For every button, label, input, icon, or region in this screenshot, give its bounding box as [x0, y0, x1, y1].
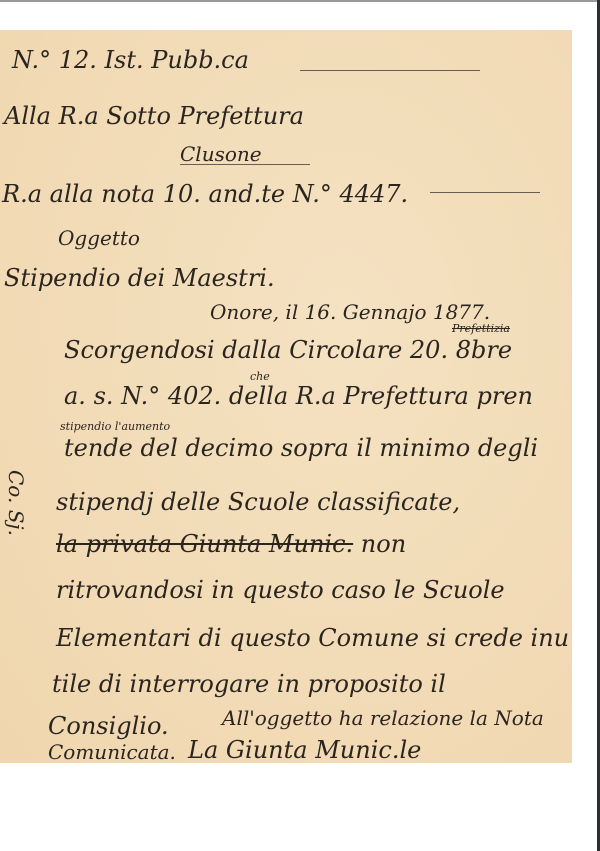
body-line-7: Elementari di questo Comune si crede inu	[56, 624, 569, 652]
scan-top-edge	[0, 0, 600, 2]
subject: Stipendio dei Maestri.	[4, 264, 275, 292]
body-line-6: ritrovandosi in questo caso le Scuole	[56, 576, 505, 604]
body-line-2: a. s. N.° 402. della R.a Prefettura pren	[64, 382, 533, 410]
margin-note: Co. Sj.	[4, 470, 28, 536]
body-line-5-rest: non	[361, 530, 406, 558]
destination-place: Clusone	[180, 142, 262, 166]
flourish-line	[180, 164, 310, 165]
flourish-line	[300, 70, 480, 71]
body-line-10: Comunicata.	[48, 740, 176, 764]
body-line-9b: All'oggetto ha relazione la Nota	[222, 706, 544, 730]
body-line-9a: Consiglio.	[48, 712, 169, 740]
body-line-4: stipendj delle Scuole classificate,	[56, 488, 460, 516]
insert-above-3: stipendio l'aumento	[60, 420, 170, 433]
signature: La Giunta Munic.le	[188, 736, 421, 764]
body-line-5: la privata Giunta Munic. non	[56, 530, 406, 558]
flourish-line	[430, 192, 540, 193]
correction-above: Prefettizia	[452, 322, 510, 335]
place-date: Onore, il 16. Gennajo 1877.	[210, 300, 490, 324]
subject-label: Oggetto	[58, 226, 140, 250]
body-line-1: Scorgendosi dalla Circolare 20. 8bre	[64, 336, 512, 364]
body-line-8: tile di interrogare in proposito il	[52, 670, 446, 698]
struck-text: la privata Giunta Munic.	[56, 530, 353, 558]
document-page: N.° 12. Ist. Pubb.ca Alla R.a Sotto Pref…	[0, 30, 572, 763]
reference-note: R.a alla nota 10. and.te N.° 4447.	[2, 180, 408, 208]
addressee: Alla R.a Sotto Prefettura	[4, 102, 304, 130]
protocol-number: N.° 12. Ist. Pubb.ca	[12, 46, 249, 74]
body-line-3: tende del decimo sopra il minimo degli	[64, 434, 538, 462]
